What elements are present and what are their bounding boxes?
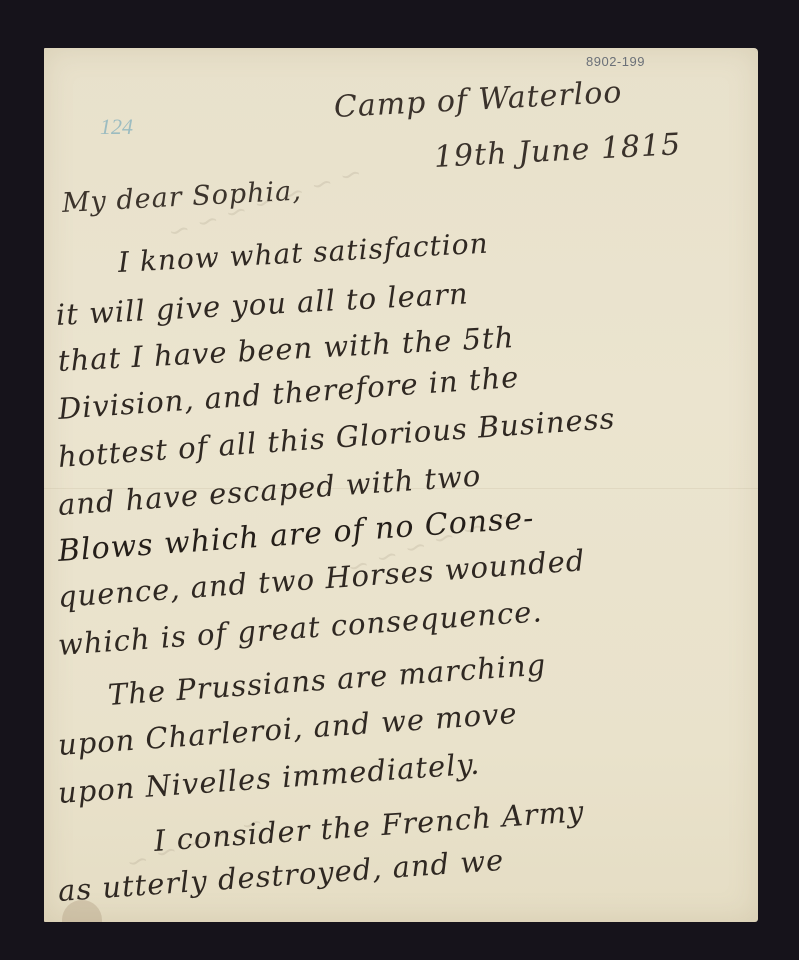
letter-page: ~ ~ ~ ~ ~ ~ ~ ~ ~ ~ ~ ~ ~ ~ ~ ~ ~ ~ 8902… (44, 48, 758, 922)
letter-line: I consider the French Army (153, 794, 586, 858)
letter-line: it will give you all to learn (55, 276, 469, 332)
pencil-folio-mark: 124 (100, 114, 133, 140)
letter-date: 19th June 1815 (433, 127, 682, 175)
archive-reference-number: 8902-199 (586, 54, 645, 69)
letter-place: Camp of Waterloo (333, 75, 623, 125)
